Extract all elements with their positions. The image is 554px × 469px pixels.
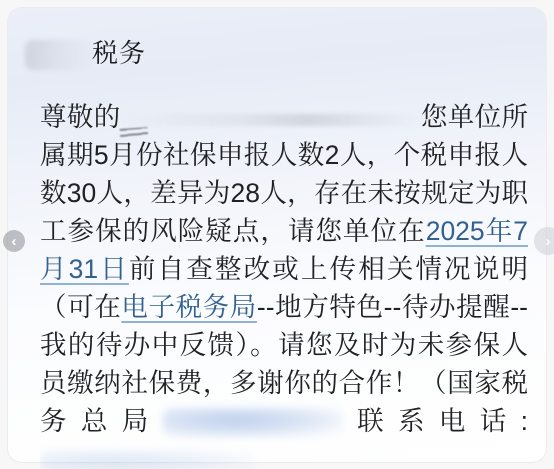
message-body: 尊敬的您单位所属期5月份社保申报人数2人，个税申报人数30人，差异为28人，存在…	[40, 98, 528, 469]
chevron-right-icon[interactable]: ›	[534, 227, 554, 255]
message-text-segment: 尊敬的	[40, 102, 121, 132]
redaction-artifact	[120, 127, 149, 140]
tax-message-card: 税务 尊敬的您单位所属期5月份社保申报人数2人，个税申报人数30人，差异为28人…	[8, 8, 546, 462]
message-link[interactable]: 电子税务局	[121, 292, 257, 322]
redacted-blur	[121, 114, 421, 126]
redacted-blur	[40, 449, 255, 469]
message-title: 税务	[92, 33, 146, 70]
redacted-sender-region	[25, 40, 93, 70]
chevron-left-icon[interactable]: ‹	[3, 230, 25, 252]
redacted-blur	[163, 408, 343, 438]
message-text-segment: 联系电话:	[343, 406, 528, 436]
message-header: 税务	[8, 8, 546, 78]
